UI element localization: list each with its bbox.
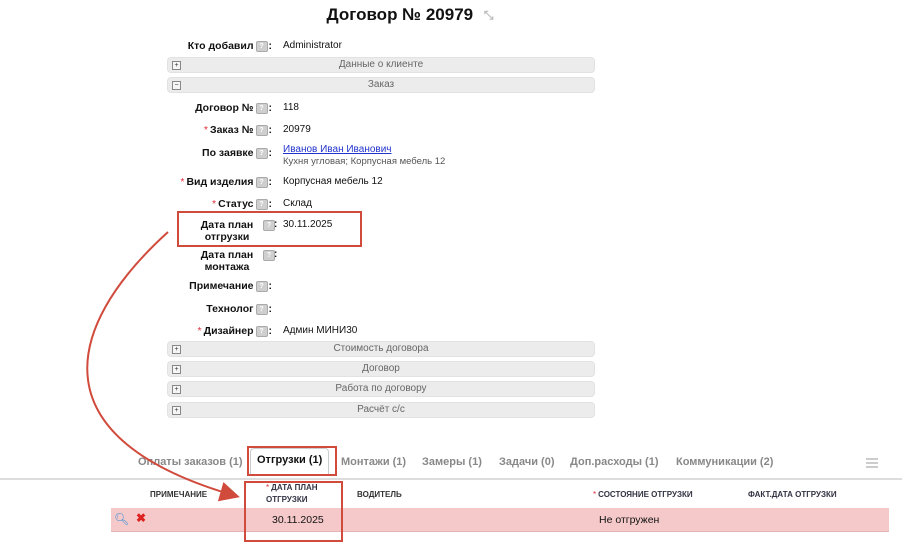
help-icon[interactable]: ? — [256, 199, 268, 210]
page-title: Договор № 20979 ⤡ — [0, 5, 820, 25]
expand-icon[interactable]: + — [172, 61, 181, 70]
col-fact-date[interactable]: Факт.дата отгрузки — [748, 489, 837, 501]
tab-measurements[interactable]: Замеры (1) — [422, 456, 482, 468]
cell-state: Не отгружен — [599, 514, 659, 526]
tab-bar: Оплаты заказов (1) Отгрузки (1) Монтажи … — [0, 450, 902, 480]
help-icon[interactable]: ? — [256, 103, 268, 114]
col-state[interactable]: *Состояние отгрузки — [593, 489, 693, 501]
collapse-icon[interactable]: − — [172, 81, 181, 90]
tab-installations[interactable]: Монтажи (1) — [341, 456, 406, 468]
section-contract[interactable]: + Договор — [167, 361, 595, 377]
section-order[interactable]: − Заказ — [167, 77, 595, 93]
annotation-box-tab — [247, 446, 337, 476]
section-client[interactable]: + Данные о клиенте — [167, 57, 595, 73]
contract-no-value: 118 — [283, 102, 299, 114]
help-icon[interactable]: ? — [256, 177, 268, 188]
expand-icon[interactable]: + — [172, 365, 181, 374]
compress-arrows-icon[interactable]: ⤡ — [484, 8, 494, 23]
tab-communications[interactable]: Коммуникации (2) — [676, 456, 773, 468]
section-cost[interactable]: + Стоимость договора — [167, 341, 595, 357]
tab-payments[interactable]: Оплаты заказов (1) — [138, 456, 243, 468]
col-note[interactable]: Примечание — [150, 489, 207, 501]
annotation-box-column — [244, 481, 343, 542]
status-value: Склад — [283, 198, 312, 210]
added-by-value: Administrator — [283, 40, 342, 52]
tab-extra-expenses[interactable]: Доп.расходы (1) — [570, 456, 659, 468]
expand-icon[interactable]: + — [172, 345, 181, 354]
request-sub: Кухня угловая; Корпусная мебель 12 — [283, 156, 445, 167]
expand-icon[interactable]: + — [172, 406, 181, 415]
table-row[interactable]: 🔍︎ ✖ 30.11.2025 Не отгружен — [111, 508, 889, 532]
request-link[interactable]: Иванов Иван Иванович — [283, 144, 392, 155]
order-no-value: 20979 — [283, 124, 311, 136]
magnifier-icon[interactable]: 🔍︎ — [114, 512, 129, 526]
help-icon[interactable]: ? — [256, 41, 268, 52]
product-type-value: Корпусная мебель 12 — [283, 176, 383, 188]
section-work[interactable]: + Работа по договору — [167, 381, 595, 397]
hamburger-icon[interactable] — [866, 458, 878, 470]
annotation-box-field — [177, 211, 362, 247]
delete-icon[interactable]: ✖ — [136, 511, 146, 525]
help-icon[interactable]: ? — [256, 125, 268, 136]
col-driver[interactable]: Водитель — [357, 489, 402, 501]
help-icon[interactable]: ? — [256, 304, 268, 315]
expand-icon[interactable]: + — [172, 385, 181, 394]
help-icon[interactable]: ? — [256, 281, 268, 292]
section-calc[interactable]: + Расчёт с/с — [167, 402, 595, 418]
help-icon[interactable]: ? — [256, 326, 268, 337]
tab-tasks[interactable]: Задачи (0) — [499, 456, 554, 468]
help-icon[interactable]: ? — [256, 148, 268, 159]
designer-value: Админ МИНИ30 — [283, 325, 357, 337]
